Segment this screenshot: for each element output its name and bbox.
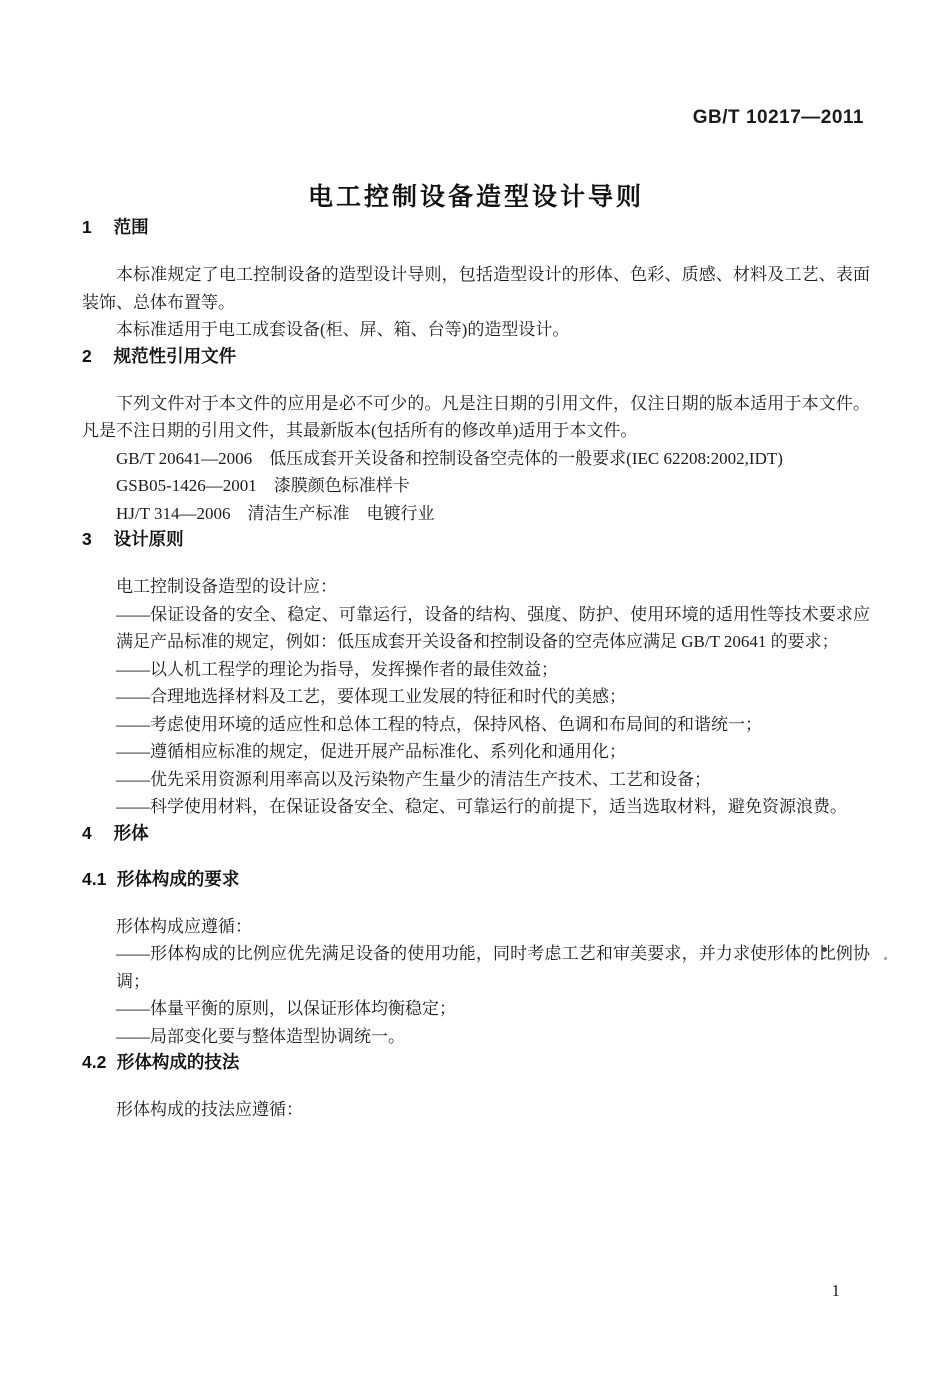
section-title: 形体 [114,823,149,843]
list-item: ——科学使用材料，在保证设备安全、稳定、可靠运行的前提下，适当选取材料，避免资源… [116,793,870,821]
subsection-title: 形体构成的技法 [117,1052,240,1072]
section-number: 3 [82,529,92,549]
section-normative-references: 2规范性引用文件 下列文件对于本文件的应用是必不可少的。凡是注日期的引用文件，仅… [82,344,870,528]
subsection-number: 4.2 [82,1052,106,1072]
section-heading-references: 2规范性引用文件 [82,344,870,368]
list-item: ——优先采用资源利用率高以及污染物产生量少的清洁生产技术、工艺和设备； [116,766,870,794]
reference-item: GB/T 20641—2006 低压成套开关设备和控制设备空壳体的一般要求(IE… [82,445,870,473]
section-design-principles: 3设计原则 电工控制设备造型的设计应： ——保证设备的安全、稳定、可靠运行，设备… [82,527,870,821]
reference-item: HJ/T 314—2006 清洁生产标准 电镀行业 [82,500,870,528]
scan-artifact-dot [822,947,827,952]
lead-paragraph: 形体构成应遵循： [82,913,870,941]
lead-paragraph: 电工控制设备造型的设计应： [82,573,870,601]
document-page: GB/T 10217—2011 电工控制设备造型设计导则 1范围 本标准规定了电… [0,0,950,1388]
subsection-number: 4.1 [82,869,106,889]
list-item: ——体量平衡的原则，以保证形体均衡稳定； [116,995,870,1023]
paragraph: 本标准规定了电工控制设备的造型设计导则，包括造型设计的形体、色彩、质感、材料及工… [82,261,870,316]
list-item: ——保证设备的安全、稳定、可靠运行，设备的结构、强度、防护、使用环境的适用性等技… [116,601,870,656]
section-form: 4形体 4.1形体构成的要求 形体构成应遵循： ——形体构成的比例应优先满足设备… [82,821,870,1124]
subsection-heading-form-techniques: 4.2形体构成的技法 [82,1050,870,1074]
list-item: ——以人机工程学的理论为指导，发挥操作者的最佳效益； [116,656,870,684]
section-title: 规范性引用文件 [114,346,237,366]
paragraph: 本标准适用于电工成套设备(柜、屏、箱、台等)的造型设计。 [82,316,870,344]
list-item: ——合理地选择材料及工艺，要体现工业发展的特征和时代的美感； [116,683,870,711]
list-item: ——形体构成的比例应优先满足设备的使用功能，同时考虑工艺和审美要求，并力求使形体… [116,940,870,995]
reference-item: GSB05-1426—2001 漆膜颜色标准样卡 [82,472,870,500]
section-heading-scope: 1范围 [82,215,870,239]
subsection-heading-form-requirements: 4.1形体构成的要求 [82,867,870,891]
page-number: 1 [832,1281,841,1301]
section-heading-form: 4形体 [82,821,870,845]
list-item: ——考虑使用环境的适应性和总体工程的特点，保持风格、色调和布局间的和谐统一； [116,711,870,739]
section-title: 设计原则 [114,529,184,549]
lead-paragraph: 形体构成的技法应遵循： [82,1096,870,1124]
section-heading-principles: 3设计原则 [82,527,870,551]
section-scope: 1范围 本标准规定了电工控制设备的造型设计导则，包括造型设计的形体、色彩、质感、… [82,215,870,344]
section-number: 1 [82,217,92,237]
paragraph: 下列文件对于本文件的应用是必不可少的。凡是注日期的引用文件，仅注日期的版本适用于… [82,390,870,445]
section-number: 4 [82,823,92,843]
scan-artifact-dot [884,957,887,960]
standard-number: GB/T 10217—2011 [693,107,864,128]
subsection-title: 形体构成的要求 [117,869,240,889]
list-item: ——遵循相应标准的规定，促进开展产品标准化、系列化和通用化； [116,738,870,766]
document-header: GB/T 10217—2011 [82,106,870,129]
section-title: 范围 [114,217,149,237]
document-title: 电工控制设备造型设计导则 [82,179,870,215]
section-number: 2 [82,346,92,366]
list-item: ——局部变化要与整体造型协调统一。 [116,1023,870,1051]
